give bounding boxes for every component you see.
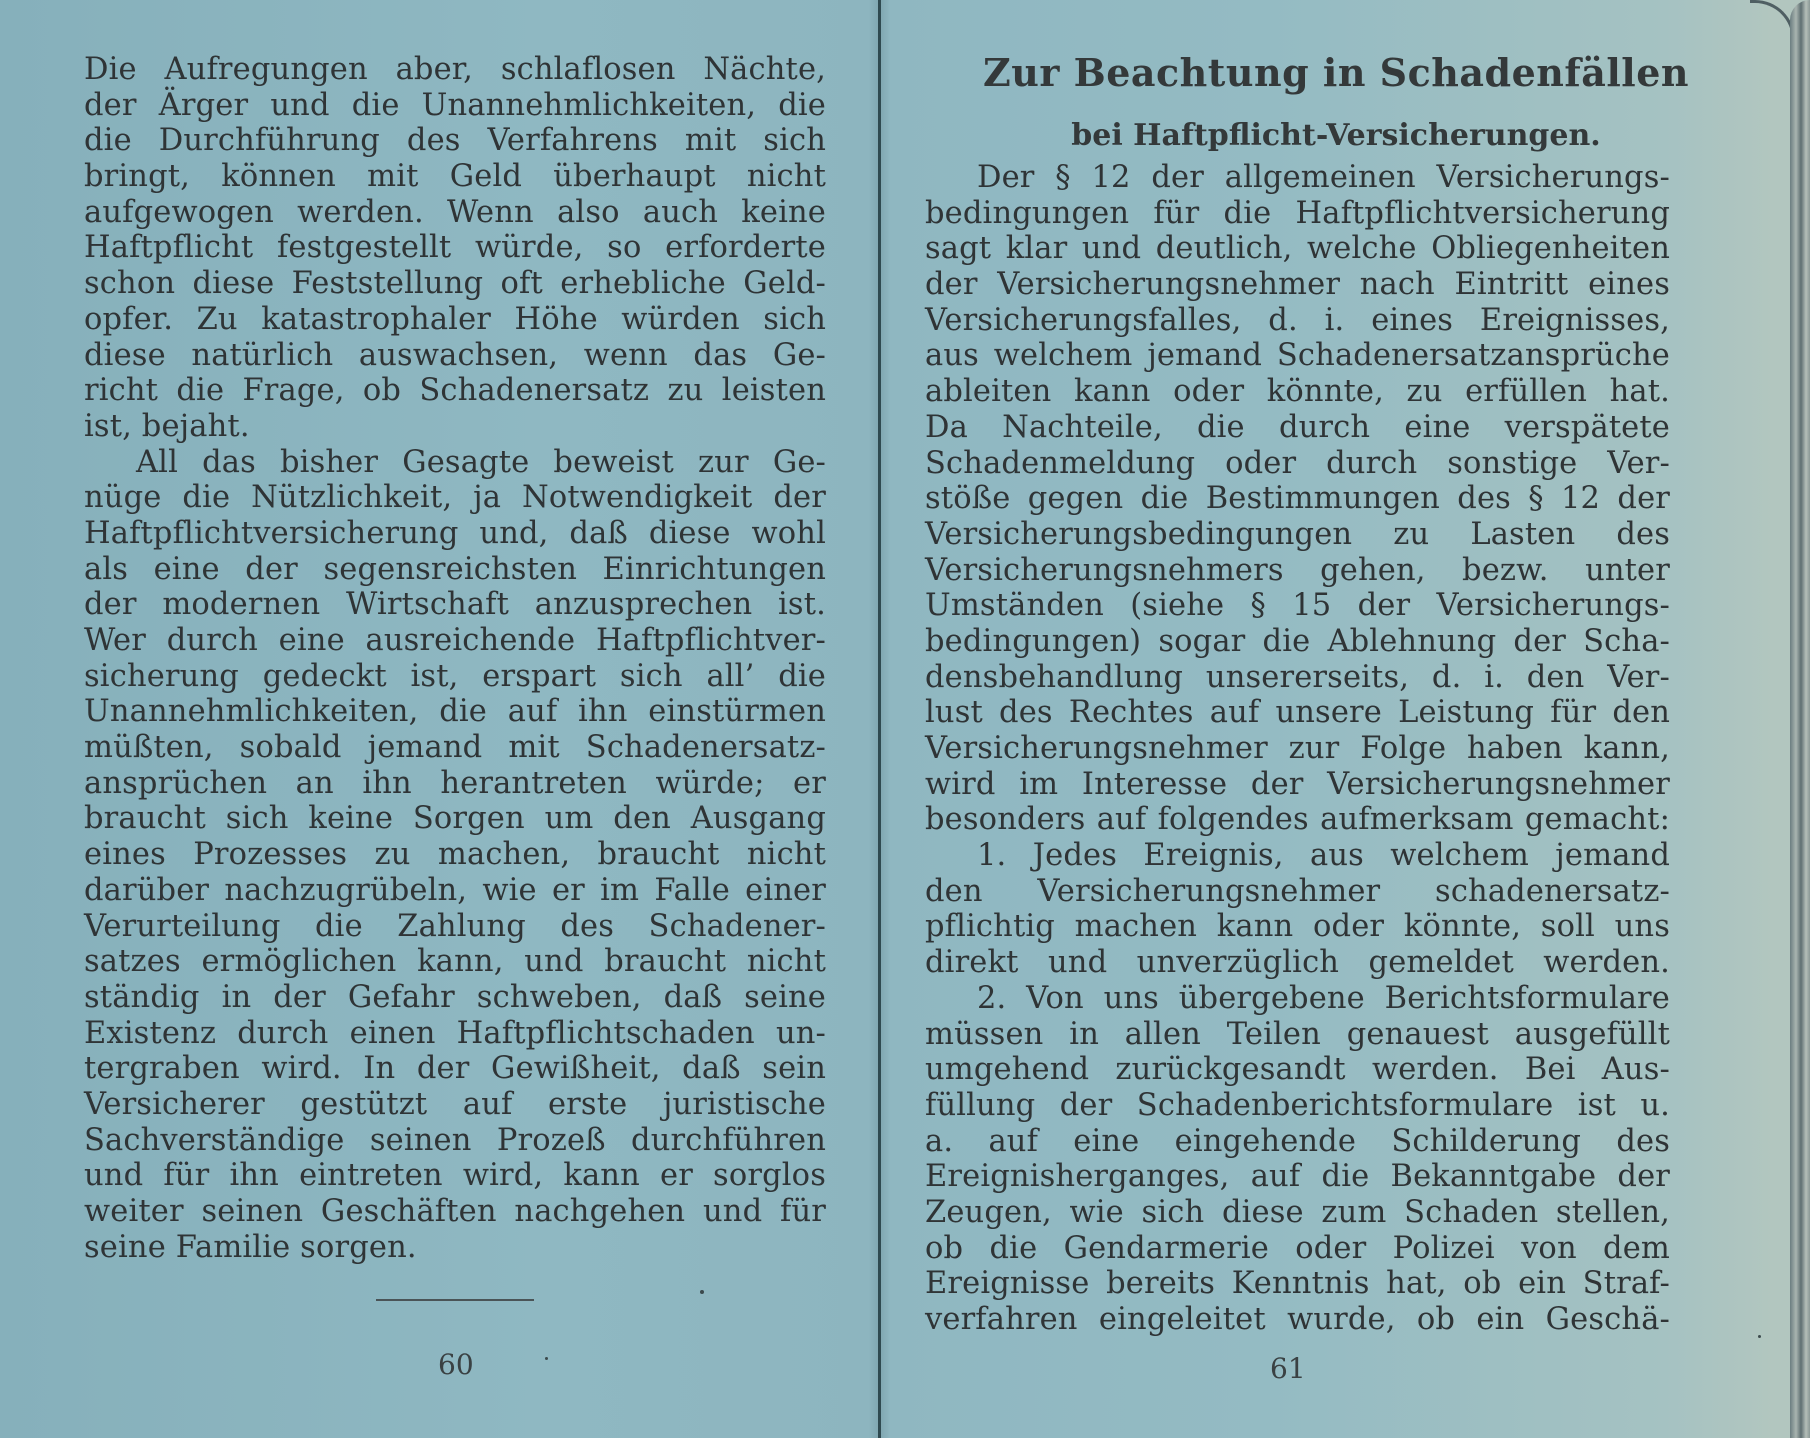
text-line: lust des Rechtes auf unsere Leistung für… bbox=[925, 695, 1670, 731]
list-item-1: 1. Jedes Ereignis, aus welchem jemand bbox=[925, 838, 1670, 874]
text-line: der Ärger und die Unannehmlichkeiten, di… bbox=[84, 88, 826, 124]
paper-speck bbox=[1758, 1335, 1761, 1338]
text-line: müßten, sobald jemand mit Schadenersatz- bbox=[84, 730, 826, 766]
text-line: Versicherungsnehmers gehen, bezw. unter bbox=[925, 553, 1670, 589]
paper-speck bbox=[700, 1290, 704, 1294]
text-line: seine Familie sorgen. bbox=[84, 1230, 826, 1266]
book-spine bbox=[878, 0, 881, 1438]
text-line: der modernen Wirtschaft anzusprechen ist… bbox=[84, 587, 826, 623]
text-line: besonders auf folgendes aufmerksam gemac… bbox=[925, 802, 1670, 838]
text-line: Der § 12 der allgemeinen Versicherungs- bbox=[925, 160, 1670, 196]
text-line: bringt, können mit Geld überhaupt nicht bbox=[84, 159, 826, 195]
text-line: den Versicherungsnehmer schadenersatz- bbox=[925, 874, 1670, 910]
text-line: ableiten kann oder könnte, zu erfüllen h… bbox=[925, 374, 1670, 410]
text-line: Haftpflicht festgestellt würde, so erfor… bbox=[84, 230, 826, 266]
text-line: wird im Interesse der Versicherungsnehme… bbox=[925, 767, 1670, 803]
text-line: pflichtig machen kann oder könnte, soll … bbox=[925, 909, 1670, 945]
text-line: Die Aufregungen aber, schlaflosen Nächte… bbox=[84, 52, 826, 88]
text-line: Umständen (siehe § 15 der Versicherungs- bbox=[925, 588, 1670, 624]
text-line: darüber nachzugrübeln, wie er im Falle e… bbox=[84, 873, 826, 909]
text-line: müssen in allen Teilen genauest ausgefül… bbox=[925, 1017, 1670, 1053]
text-line: sagt klar und deutlich, welche Obliegenh… bbox=[925, 231, 1670, 267]
page-number-left: 60 bbox=[438, 1348, 474, 1381]
book-spread: Die Aufregungen aber, schlaflosen Nächte… bbox=[0, 0, 1810, 1438]
text-line: aus welchem jemand Schadenersatzansprüch… bbox=[925, 338, 1670, 374]
right-page-body: Der § 12 der allgemeinen Versicherungs- … bbox=[925, 160, 1670, 1338]
section-heading: Zur Beachtung in Schadenfällen bbox=[882, 50, 1790, 95]
text-line: tergraben wird. In der Gewißheit, daß se… bbox=[84, 1051, 826, 1087]
text-line: ständig in der Gefahr schweben, daß sein… bbox=[84, 980, 826, 1016]
section-subheading: bei Haftpflicht-Versicherungen. bbox=[882, 118, 1790, 153]
text-line: füllung der Schadenberichtsformulare ist… bbox=[925, 1088, 1670, 1124]
text-line: diese natürlich auswachsen, wenn das Ge- bbox=[84, 338, 826, 374]
paper-speck bbox=[545, 1357, 548, 1360]
left-page-body: Die Aufregungen aber, schlaflosen Nächte… bbox=[84, 52, 826, 1265]
text-line: umgehend zurückgesandt werden. Bei Aus- bbox=[925, 1052, 1670, 1088]
book-edge bbox=[1790, 0, 1810, 1438]
text-line: Versicherungsbedingungen zu Lasten des bbox=[925, 517, 1670, 553]
text-line: Wer durch eine ausreichende Haftpflichtv… bbox=[84, 623, 826, 659]
text-line: sicherung gedeckt ist, erspart sich all’… bbox=[84, 659, 826, 695]
text-line: ist, bejaht. bbox=[84, 409, 826, 445]
text-line: Ereignisherganges, auf die Bekanntgabe d… bbox=[925, 1159, 1670, 1195]
text-line: Versicherer gestützt auf erste juristisc… bbox=[84, 1087, 826, 1123]
page-number-right: 61 bbox=[1270, 1352, 1306, 1385]
text-line: Da Nachteile, die durch eine verspätete bbox=[925, 410, 1670, 446]
list-item-2: 2. Von uns übergebene Berichtsformulare bbox=[925, 981, 1670, 1017]
text-line: opfer. Zu katastrophaler Höhe würden sic… bbox=[84, 302, 826, 338]
text-line: bedingungen) sogar die Ablehnung der Sch… bbox=[925, 624, 1670, 660]
text-line: densbehandlung unsererseits, d. i. den V… bbox=[925, 660, 1670, 696]
text-line: richt die Frage, ob Schadenersatz zu lei… bbox=[84, 373, 826, 409]
text-line: Haftpflichtversicherung und, daß diese w… bbox=[84, 516, 826, 552]
text-line: aufgewogen werden. Wenn also auch keine bbox=[84, 195, 826, 231]
text-line: Zeugen, wie sich diese zum Schaden stell… bbox=[925, 1195, 1670, 1231]
text-line: als eine der segensreichsten Einrichtung… bbox=[84, 552, 826, 588]
text-line: All das bisher Gesagte beweist zur Ge- bbox=[84, 445, 826, 481]
text-line: ob die Gendarmerie oder Polizei von dem bbox=[925, 1231, 1670, 1267]
text-line: und für ihn eintreten wird, kann er sorg… bbox=[84, 1158, 826, 1194]
text-line: der Versicherungsnehmer nach Eintritt ei… bbox=[925, 267, 1670, 303]
text-line: satzes ermöglichen kann, und braucht nic… bbox=[84, 944, 826, 980]
page-corner bbox=[1750, 0, 1795, 60]
text-line: Sachverständige seinen Prozeß durchführe… bbox=[84, 1123, 826, 1159]
text-line: schon diese Feststellung oft erhebliche … bbox=[84, 266, 826, 302]
text-line: braucht sich keine Sorgen um den Ausgang bbox=[84, 801, 826, 837]
text-line: eines Prozesses zu machen, braucht nicht bbox=[84, 837, 826, 873]
text-line: stöße gegen die Bestimmungen des § 12 de… bbox=[925, 481, 1670, 517]
text-line: direkt und unverzüglich gemeldet werden. bbox=[925, 945, 1670, 981]
text-line: Unannehmlichkeiten, die auf ihn einstürm… bbox=[84, 694, 826, 730]
text-line: verfahren eingeleitet wurde, ob ein Gesc… bbox=[925, 1302, 1670, 1338]
text-line: weiter seinen Geschäften nachgehen und f… bbox=[84, 1194, 826, 1230]
text-line: die Durchführung des Verfahrens mit sich bbox=[84, 123, 826, 159]
text-line: Existenz durch einen Haftpflichtschaden … bbox=[84, 1016, 826, 1052]
text-line: Ereignisse bereits Kenntnis hat, ob ein … bbox=[925, 1266, 1670, 1302]
text-line: Verurteilung die Zahlung des Schadener- bbox=[84, 909, 826, 945]
text-line: Versicherungsfalles, d. i. eines Ereigni… bbox=[925, 303, 1670, 339]
text-line: a. auf eine eingehende Schilderung des bbox=[925, 1124, 1670, 1160]
left-page: Die Aufregungen aber, schlaflosen Nächte… bbox=[0, 0, 880, 1438]
text-line: Versicherungsnehmer zur Folge haben kann… bbox=[925, 731, 1670, 767]
text-line: ansprüchen an ihn herantreten würde; er bbox=[84, 766, 826, 802]
text-line: bedingungen für die Haftpflichtversicher… bbox=[925, 196, 1670, 232]
text-line: Schadenmeldung oder durch sonstige Ver- bbox=[925, 446, 1670, 482]
text-line: nüge die Nützlichkeit, ja Notwendigkeit … bbox=[84, 480, 826, 516]
section-divider bbox=[376, 1299, 534, 1301]
